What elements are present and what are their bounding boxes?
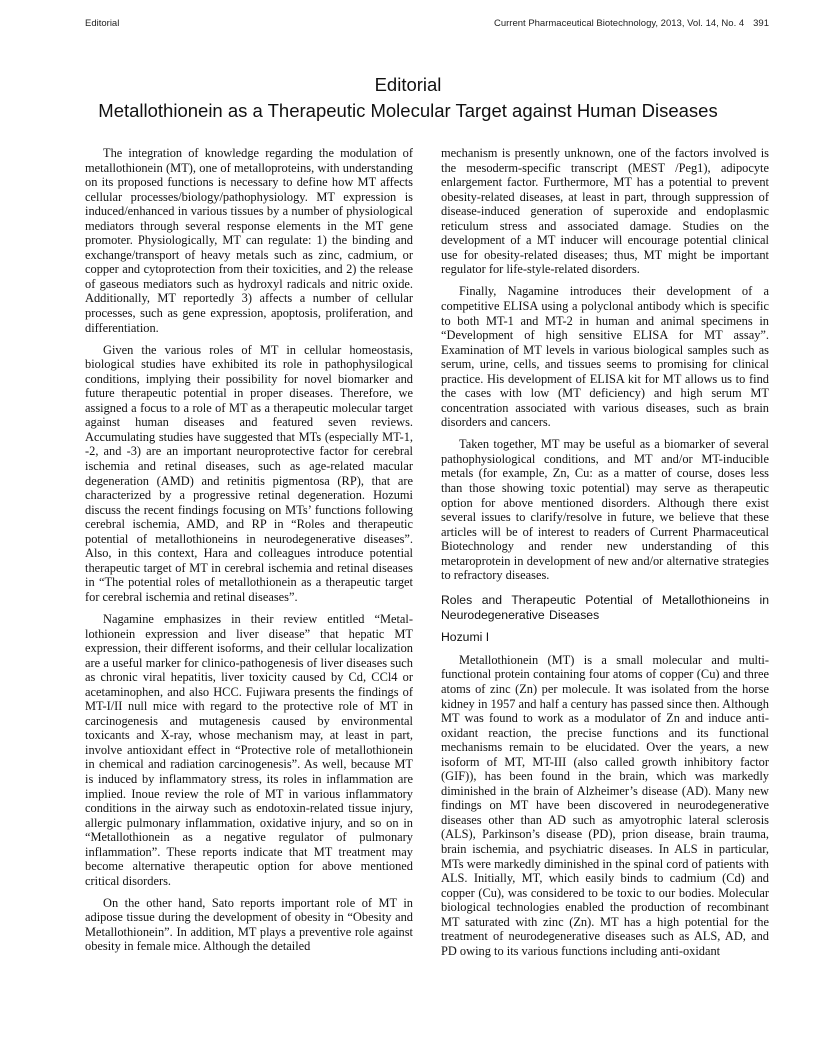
running-head-citation: Current Pharmaceutical Biotechnology, 20… (494, 18, 769, 29)
left-column: The integration of knowledge regarding t… (85, 146, 413, 962)
body-paragraph: On the other hand, Sato reports importan… (85, 896, 413, 954)
body-paragraph: The integration of knowledge regarding t… (85, 146, 413, 335)
right-column: mechanism is presently unknown, one of t… (441, 146, 769, 966)
section-author: Hozumi I (441, 630, 769, 645)
article-type: Editorial (0, 73, 816, 97)
running-head-section: Editorial (85, 18, 119, 29)
article-header: Editorial Metallothionein as a Therapeut… (0, 73, 816, 123)
journal-citation: Current Pharmaceutical Biotechnology, 20… (494, 18, 744, 29)
body-paragraph: Finally, Nagamine introduces their devel… (441, 284, 769, 429)
running-head: Editorial Current Pharmaceutical Biotech… (85, 18, 769, 32)
body-paragraph: Nagamine emphasizes in their review enti… (85, 612, 413, 888)
body-paragraph: Taken together, MT may be useful as a bi… (441, 437, 769, 582)
section-heading: Roles and Therapeutic Potential of Metal… (441, 593, 769, 623)
page-number: 391 (753, 18, 769, 29)
body-paragraph: Metallothionein (MT) is a small molecula… (441, 653, 769, 958)
article-title: Metallothionein as a Therapeutic Molecul… (0, 99, 816, 123)
body-paragraph-continuation: mechanism is presently unknown, one of t… (441, 146, 769, 277)
body-paragraph: Given the various roles of MT in cellula… (85, 343, 413, 605)
